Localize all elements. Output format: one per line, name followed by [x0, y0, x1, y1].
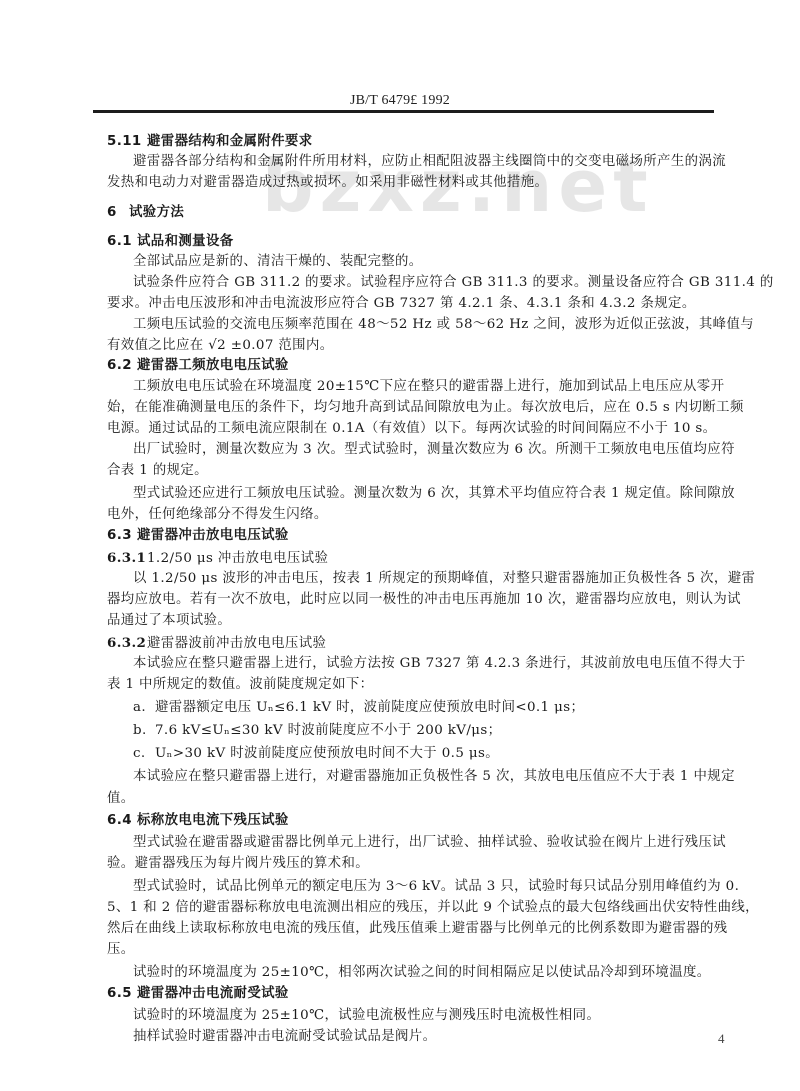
- paragraph-line: 验。避雷器残压为每片阀片残压的算术和。: [107, 855, 369, 873]
- paragraph-line: 器均应放电。若有一次不放电，此时应以同一极性的冲击电压再施加 10 次，避雷器均…: [107, 591, 741, 609]
- section-title: 1.2/50 μs 冲击放电电压试验: [147, 551, 328, 566]
- section-heading-6-2: 6.2避雷器工频放电电压试验: [107, 357, 289, 375]
- section-heading-6-4: 6.4标称放电电流下残压试验: [107, 812, 289, 830]
- paragraph-line: 型式试验还应进行工频放电压试验。测量次数为 6 次，其算术平均值应符合表 1 规…: [107, 485, 735, 503]
- list-item-c: c.Uₙ>30 kV 时波前陡度应使预放电时间不大于 0.5 μs。: [107, 745, 499, 763]
- paragraph-line: 5、1 和 2 倍的避雷器标称放电电流测出相应的残压，并以此 9 个试验点的最大…: [107, 899, 759, 917]
- section-heading-5-11: 5.11避雷器结构和金属附件要求: [107, 133, 313, 151]
- list-item-marker: a.: [133, 699, 155, 717]
- paragraph-line: 试验条件应符合 GB 311.2 的要求。试验程序应符合 GB 311.3 的要…: [107, 274, 774, 292]
- paragraph-line: 本试验应在整只避雷器上进行，对避雷器施加正负极性各 5 次，其放电电压值应不大于…: [107, 768, 735, 786]
- paragraph-line: 发热和电动力对避雷器造成过热或损坏。如采用非磁性材料或其他措施。: [107, 174, 548, 192]
- section-number: 6.5: [107, 985, 137, 1003]
- section-number: 6.3: [107, 527, 137, 545]
- header-rule: [93, 110, 714, 113]
- list-item-marker: b.: [133, 722, 155, 740]
- paragraph-line: 试验时的环境温度为 25±10℃，试验电流极性应与测残压时电流极性相同。: [107, 1007, 600, 1025]
- section-number: 6.2: [107, 357, 137, 375]
- paragraph-line: 始，在能准确测量电压的条件下，均匀地升高到试品间隙放电为止。每次放电后，应在 0…: [107, 399, 744, 417]
- paragraph-line: 型式试验在避雷器或避雷器比例单元上进行，出厂试验、抽样试验、验收试验在阀片上进行…: [107, 834, 726, 852]
- section-heading-6-3: 6.3避雷器冲击放电电压试验: [107, 527, 289, 545]
- section-heading-6-3-1: 6.3.11.2/50 μs 冲击放电电压试验: [107, 549, 328, 568]
- paragraph-line: 工频电压试验的交流电压频率范围在 48～52 Hz 或 58～62 Hz 之间，…: [107, 316, 754, 334]
- list-item-text: 7.6 kV≤Uₙ≤30 kV 时波前陡度应不小于 200 kV/μs；: [155, 723, 501, 738]
- list-item-a: a.避雷器额定电压 Uₙ≤6.1 kV 时，波前陡度应使预放电时间<0.1 μs…: [107, 699, 584, 717]
- paragraph-line: 型式试验时，试品比例单元的额定电压为 3～6 kV。试品 3 只，试验时每只试品…: [107, 878, 739, 896]
- section-number: 6.3.2: [107, 634, 147, 652]
- list-item-marker: c.: [133, 745, 155, 763]
- list-item-text: 避雷器额定电压 Uₙ≤6.1 kV 时，波前陡度应使预放电时间<0.1 μs；: [155, 700, 584, 715]
- paragraph-line: 试验时的环境温度为 25±10℃，相邻两次试验之间的时间相隔应足以使试品冷却到环…: [107, 964, 711, 982]
- paragraph-line: 本试验应在整只避雷器上进行，试验方法按 GB 7327 第 4.2.3 条进行，…: [107, 655, 746, 673]
- paragraph-line: 抽样试验时避雷器冲击电流耐受试验试品是阀片。: [107, 1028, 436, 1046]
- paragraph-line: 表 1 中所规定的数值。波前陡度规定如下：: [107, 676, 373, 694]
- paragraph-line: 值。: [107, 790, 135, 808]
- paragraph-line: 合表 1 的规定。: [107, 462, 208, 480]
- section-number: 6.1: [107, 233, 137, 251]
- section-title: 避雷器冲击电流耐受试验: [137, 986, 289, 1001]
- paragraph-line: 压。: [107, 941, 135, 959]
- section-title: 标称放电电流下残压试验: [137, 813, 289, 828]
- section-heading-6-3-2: 6.3.2避雷器波前冲击放电电压试验: [107, 634, 326, 653]
- paragraph-line: 工频放电电压试验在环境温度 20±15℃下应在整只的避雷器上进行，施加到试品上电…: [107, 378, 724, 396]
- paragraph-line: 有效值之比应在 √2 ±0.07 范围内。: [107, 337, 334, 355]
- paragraph-line: 然后在曲线上读取标称放电电流的残压值，此残压值乘上避雷器与比例单元的比例系数即为…: [107, 920, 728, 938]
- list-item-text: Uₙ>30 kV 时波前陡度应使预放电时间不大于 0.5 μs。: [155, 746, 499, 761]
- standard-code-header: JB/T 6479£ 1992: [0, 93, 800, 109]
- paragraph-line: 电源。通过试品的工频电流应限制在 0.1A（有效值）以下。每两次试验的时间间隔应…: [107, 420, 716, 438]
- paragraph-line: 品通过了本项试验。: [107, 612, 231, 630]
- section-title: 试验方法: [129, 205, 184, 220]
- paragraph-line: 要求。冲击电压波形和冲击电流波形应符合 GB 7327 第 4.2.1 条、4.…: [107, 295, 696, 313]
- section-title: 试品和测量设备: [137, 234, 234, 249]
- section-heading-6-5: 6.5避雷器冲击电流耐受试验: [107, 985, 289, 1003]
- section-number: 6.4: [107, 812, 137, 830]
- section-number: 5.11: [107, 133, 147, 151]
- section-title: 避雷器工频放电电压试验: [137, 358, 289, 373]
- section-title: 避雷器结构和金属附件要求: [147, 134, 313, 149]
- paragraph-line: 以 1.2/50 μs 波形的冲击电压，按表 1 所规定的预期峰值，对整只避雷器…: [107, 570, 755, 588]
- section-title: 避雷器冲击放电电压试验: [137, 528, 289, 543]
- section-number: 6: [107, 204, 129, 222]
- paragraph-line: 避雷器各部分结构和金属附件所用材料，应防止相配阻波器主线圈筒中的交变电磁场所产生…: [107, 153, 726, 171]
- section-title: 避雷器波前冲击放电电压试验: [147, 636, 326, 651]
- paragraph-line: 全部试品应是新的、清洁干燥的、装配完整的。: [107, 253, 423, 271]
- section-heading-6: 6试验方法: [107, 204, 184, 222]
- paragraph-line: 电外，任何绝缘部分不得发生闪络。: [107, 506, 328, 524]
- section-heading-6-1: 6.1试品和测量设备: [107, 233, 234, 251]
- list-item-b: b.7.6 kV≤Uₙ≤30 kV 时波前陡度应不小于 200 kV/μs；: [107, 722, 501, 740]
- section-number: 6.3.1: [107, 549, 147, 567]
- page-number: 4: [718, 1031, 725, 1047]
- paragraph-line: 出厂试验时，测量次数应为 3 次。型式试验时，测量次数应为 6 次。所测干工频放…: [107, 441, 735, 459]
